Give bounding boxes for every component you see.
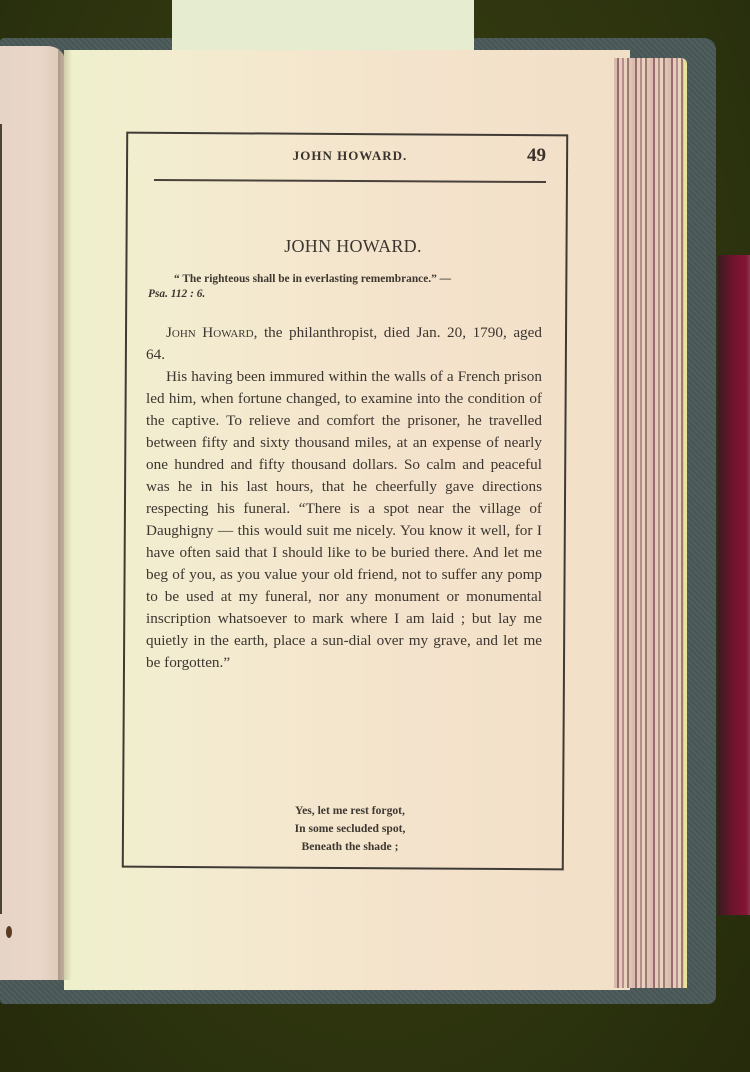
left-page [0,46,66,980]
gutter-shadow [58,50,72,980]
paragraph-1: John Howard, the philanthropist, died Ja… [146,322,542,366]
chapter-title: JOHN HOWARD. [146,236,560,257]
left-page-frame-edge [0,124,2,914]
verse-line-2: In some secluded spot, [200,820,500,838]
bookmark-slip [172,0,474,52]
page-block-edges [614,58,687,988]
body-text: John Howard, the philanthropist, died Ja… [146,322,542,674]
paragraph-1-lead: John Howard [166,324,254,341]
running-head: JOHN HOWARD. 49 [154,148,546,174]
verse-line-1: Yes, let me rest forgot, [200,802,500,820]
paragraph-2: His having been immured within the walls… [146,366,542,674]
verse-stanza: Yes, let me rest forgot, In some seclude… [200,802,500,856]
page-number: 49 [527,145,546,167]
epigraph-reference: Psa. 112 : 6. [148,288,205,300]
epigraph-quote: “ The righteous shall be in everlasting … [174,273,451,285]
red-cloth-background [718,255,750,915]
running-head-title: JOHN HOWARD. [154,148,546,164]
epigraph: “ The righteous shall be in everlasting … [148,272,548,302]
verse-line-3: Beneath the shade ; [200,838,500,856]
left-page-stain [6,926,12,938]
